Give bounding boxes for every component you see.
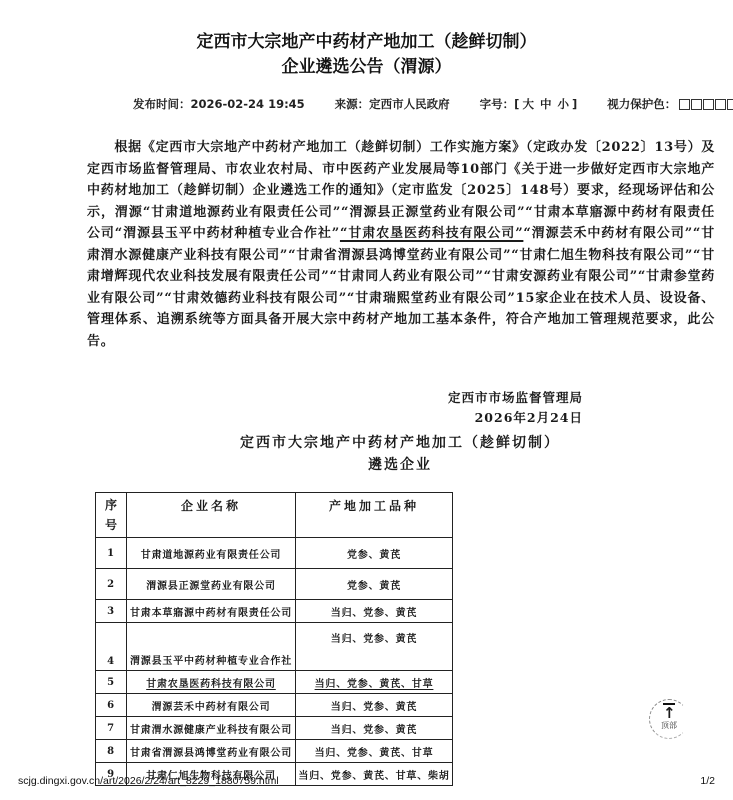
publish-time-label: 发布时间： <box>133 96 191 112</box>
cell-name: 甘肃道地源药业有限责任公司 <box>127 538 296 569</box>
cell-name: 甘肃渭水源健康产业科技有限公司 <box>127 717 296 740</box>
table-row: 7 甘肃渭水源健康产业科技有限公司 当归、党参、黄芪 <box>96 717 453 740</box>
body-text-underlined: “甘肃农垦医药科技有限公司” <box>340 226 523 241</box>
table-row: 5 甘肃农垦医药科技有限公司 当归、党参、黄芪、甘草 <box>96 671 453 694</box>
table-row: 6 渭源芸禾中药材有限公司 当归、党参、黄芪 <box>96 694 453 717</box>
list-title-line-1: 定西市大宗地产中药材产地加工（趁鲜切制） <box>230 432 570 454</box>
cell-items: 当归、党参、黄芪、甘草 <box>296 740 453 763</box>
table-row: 4 渭源县玉平中药材种植专业合作社 当归、党参、黄芪 <box>96 623 453 671</box>
cell-items: 当归、党参、黄芪 <box>296 694 453 717</box>
cell-no: 8 <box>96 740 127 763</box>
cell-name: 渭源芸禾中药材有限公司 <box>127 694 296 717</box>
cell-name: 甘肃农垦医药科技有限公司 <box>127 671 296 694</box>
list-title: 定西市大宗地产中药材产地加工（趁鲜切制） 遴选企业 <box>230 432 570 476</box>
header-no: 序号 <box>96 493 127 538</box>
font-size-small[interactable]: 小 <box>557 96 569 112</box>
color-swatches <box>679 99 733 110</box>
cell-name: 渭源县正源堂药业有限公司 <box>127 569 296 600</box>
header-name: 企业名称 <box>127 493 296 538</box>
cell-name: 甘肃省渭源县鸿博堂药业有限公司 <box>127 740 296 763</box>
cell-items: 当归、党参、黄芪 <box>296 600 453 623</box>
list-title-line-2: 遴选企业 <box>230 454 570 476</box>
publish-time-value: 2026-02-24 19:45 <box>191 97 305 111</box>
cell-items: 当归、党参、黄芪、甘草、柴胡 <box>296 763 453 786</box>
page-title: 定西市大宗地产中药材产地加工（趁鲜切制） 企业遴选公告（渭源） <box>0 30 733 80</box>
color-swatch-5[interactable] <box>727 99 733 110</box>
eye-protection-color: 视力保护色： <box>607 96 733 112</box>
source-value: 定西市人民政府 <box>369 96 450 112</box>
bracket-open: [ <box>514 97 519 111</box>
cell-no: 1 <box>96 538 127 569</box>
cell-name: 渭源县玉平中药材种植专业合作社 <box>127 623 296 671</box>
color-swatch-4[interactable] <box>715 99 726 110</box>
bracket-close: ] <box>572 97 577 111</box>
publish-time: 发布时间： 2026-02-24 19:45 <box>133 96 305 112</box>
arrow-up-icon: ↑ <box>663 703 675 721</box>
cell-name: 甘肃本草寤源中药材有限责任公司 <box>127 600 296 623</box>
font-size-large[interactable]: 大 <box>522 96 534 112</box>
font-size-control: 字号： [ 大 中 小 ] <box>480 96 578 112</box>
table-header-row: 序号 企业名称 产地加工品种 <box>96 493 453 538</box>
announcement-body: 根据《定西市大宗地产中药材产地加工（趁鲜切制）工作实施方案》（定政办发〔2022… <box>87 137 715 352</box>
cell-name-underlined: 甘肃农垦医药科技有限公司 <box>146 679 276 690</box>
cell-no: 2 <box>96 569 127 600</box>
signature-date: 2026年2月24日 <box>448 408 583 428</box>
cell-items: 当归、党参、黄芪 <box>296 717 453 740</box>
title-line-1: 定西市大宗地产中药材产地加工（趁鲜切制） <box>0 30 733 55</box>
article-meta: 发布时间： 2026-02-24 19:45 来源： 定西市人民政府 字号： [… <box>133 96 733 112</box>
table-row: 2 渭源县正源堂药业有限公司 党参、黄芪 <box>96 569 453 600</box>
color-swatch-2[interactable] <box>691 99 702 110</box>
cell-no: 7 <box>96 717 127 740</box>
font-size-label: 字号： <box>480 96 515 112</box>
eye-protection-label: 视力保护色： <box>607 96 676 112</box>
back-to-top-button[interactable]: ↑ 顶部 <box>649 699 689 739</box>
cell-no: 6 <box>96 694 127 717</box>
enterprise-table: 序号 企业名称 产地加工品种 1 甘肃道地源药业有限责任公司 党参、黄芪 2 渭… <box>95 492 453 786</box>
cell-items: 当归、党参、黄芪 <box>296 623 453 671</box>
font-size-medium[interactable]: 中 <box>540 96 552 112</box>
source: 来源： 定西市人民政府 <box>335 96 450 112</box>
source-label: 来源： <box>335 96 370 112</box>
body-text-2: “渭源芸禾中药材有限公司”“甘肃渭水源健康产业科技有限公司”“甘肃省渭源县鸿博堂… <box>87 226 715 349</box>
cell-no: 5 <box>96 671 127 694</box>
signature: 定西市市场监督管理局 2026年2月24日 <box>448 388 583 428</box>
header-items: 产地加工品种 <box>296 493 453 538</box>
cell-items: 当归、党参、黄芪、甘草 <box>296 671 453 694</box>
color-swatch-1[interactable] <box>679 99 690 110</box>
title-line-2: 企业遴选公告（渭源） <box>0 55 733 80</box>
table-row: 3 甘肃本草寤源中药材有限责任公司 当归、党参、黄芪 <box>96 600 453 623</box>
page-number: 1/2 <box>700 775 715 787</box>
back-to-top-label: 顶部 <box>650 721 688 731</box>
table-row: 1 甘肃道地源药业有限责任公司 党参、黄芪 <box>96 538 453 569</box>
table-row: 8 甘肃省渭源县鸿博堂药业有限公司 当归、党参、黄芪、甘草 <box>96 740 453 763</box>
cell-no: 3 <box>96 600 127 623</box>
page-url: scjg.dingxi.gov.cn/art/2026/2/24/art_822… <box>18 775 279 787</box>
cell-items: 党参、黄芪 <box>296 538 453 569</box>
cell-no: 4 <box>96 623 127 671</box>
cell-items-underlined: 当归、党参、黄芪、甘草 <box>315 679 434 690</box>
signature-org: 定西市市场监督管理局 <box>448 388 583 408</box>
cell-items: 党参、黄芪 <box>296 569 453 600</box>
header-no-label: 序号 <box>104 495 118 535</box>
color-swatch-3[interactable] <box>703 99 714 110</box>
